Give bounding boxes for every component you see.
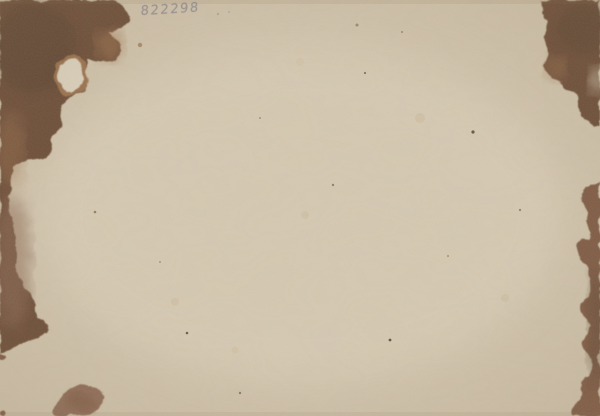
paper-and-stains-graphic <box>0 0 600 416</box>
bottom-edge-shade <box>0 412 600 416</box>
handwritten-number: 822298 <box>140 1 200 18</box>
vignette <box>0 0 600 416</box>
top-edge-shade <box>0 0 600 4</box>
photo-verso: 822298 <box>0 0 600 416</box>
